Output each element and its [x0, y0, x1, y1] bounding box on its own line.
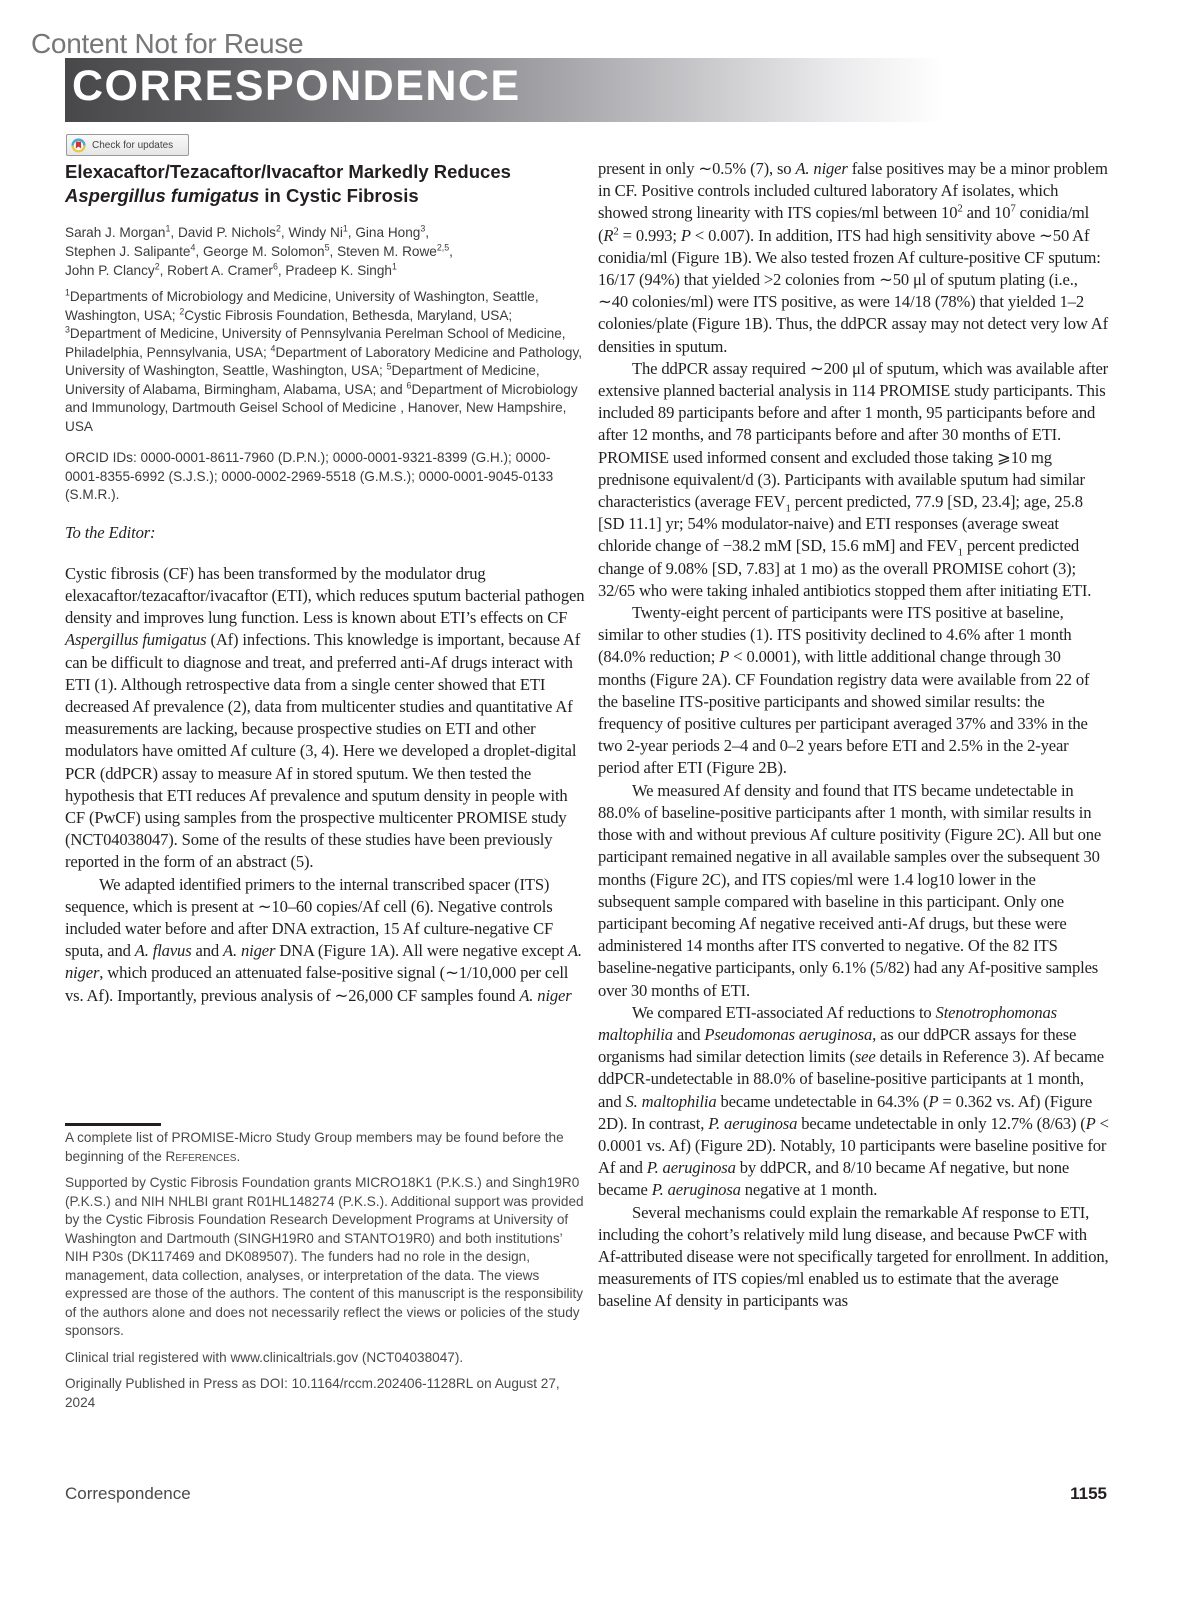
references-link[interactable]: References [166, 1149, 237, 1164]
author-affiliation-mark: 1 [166, 223, 171, 233]
footnote-study-group: A complete list of PROMISE-Micro Study G… [65, 1129, 585, 1166]
author-list: Sarah J. Morgan1, David P. Nichols2, Win… [65, 223, 585, 280]
article-title: Elexacaftor/Tezacaftor/Ivacaftor Markedl… [65, 160, 585, 208]
section-banner: CORRESPONDENCE [65, 58, 945, 122]
author-affiliation-mark: 6 [273, 261, 278, 271]
crossmark-icon [71, 138, 86, 153]
footnote-trial-registration: Clinical trial registered with www.clini… [65, 1349, 585, 1368]
salutation: To the Editor: [65, 522, 585, 544]
author-affiliation-mark: 3 [420, 223, 425, 233]
author-affiliation-mark: 4 [190, 242, 195, 252]
watermark: Content Not for Reuse [31, 30, 303, 58]
running-footer-section: Correspondence [65, 1484, 191, 1504]
section-banner-label: CORRESPONDENCE [72, 65, 521, 108]
author: Pradeep K. Singh [285, 263, 392, 278]
paragraph-4: Twenty-eight percent of participants wer… [598, 602, 1110, 780]
author: Windy Ni [288, 225, 342, 240]
author-affiliation-mark: 2 [155, 261, 160, 271]
author: Robert A. Cramer [167, 263, 273, 278]
title-rest: in Cystic Fibrosis [259, 185, 418, 206]
author: Gina Hong [355, 225, 420, 240]
footnote-divider [65, 1123, 161, 1126]
paragraph-2-continued: present in only ∼0.5% (7), so A. niger f… [598, 158, 1110, 358]
author-affiliation-mark: 5 [325, 242, 330, 252]
paragraph-2: We adapted identified primers to the int… [65, 874, 585, 1007]
page-number: 1155 [1070, 1484, 1107, 1504]
author: David P. Nichols [178, 225, 276, 240]
footnotes: A complete list of PROMISE-Micro Study G… [65, 1129, 585, 1420]
paragraph-5: We measured Af density and found that IT… [598, 780, 1110, 1002]
author: Steven M. Rowe [337, 244, 437, 259]
author: Sarah J. Morgan [65, 225, 166, 240]
affiliations: 1Departments of Microbiology and Medicin… [65, 288, 585, 436]
paragraph-3: The ddPCR assay required ∼200 μl of sput… [598, 358, 1110, 602]
author: George M. Solomon [203, 244, 325, 259]
author-affiliation-mark: 1 [392, 261, 397, 271]
paragraph-7: Several mechanisms could explain the rem… [598, 1202, 1110, 1313]
paragraph-1: Cystic fibrosis (CF) has been transforme… [65, 563, 585, 874]
title-organism: Aspergillus fumigatus [65, 185, 259, 206]
paragraph-6: We compared ETI-associated Af reductions… [598, 1002, 1110, 1202]
orcid-ids: ORCID IDs: 0000-0001-8611-7960 (D.P.N.);… [65, 449, 585, 505]
body-text-left: Cystic fibrosis (CF) has been transforme… [65, 563, 585, 1007]
check-for-updates-button[interactable]: Check for updates [66, 134, 189, 156]
author: Stephen J. Salipante [65, 244, 190, 259]
title-line-1: Elexacaftor/Tezacaftor/Ivacaftor Markedl… [65, 161, 511, 182]
left-column: Elexacaftor/Tezacaftor/Ivacaftor Markedl… [65, 160, 585, 1007]
footnote-support: Supported by Cystic Fibrosis Foundation … [65, 1174, 585, 1341]
affiliation-text: Cystic Fibrosis Foundation, Bethesda, Ma… [184, 308, 512, 323]
footnote-publication-doi: Originally Published in Press as DOI: 10… [65, 1375, 585, 1412]
right-column: present in only ∼0.5% (7), so A. niger f… [598, 158, 1110, 1313]
author-affiliation-mark: 1 [343, 223, 348, 233]
author: John P. Clancy [65, 263, 155, 278]
check-for-updates-label: Check for updates [92, 140, 173, 151]
author-affiliation-mark: 2 [276, 223, 281, 233]
author-affiliation-mark: 2,5 [437, 242, 449, 252]
